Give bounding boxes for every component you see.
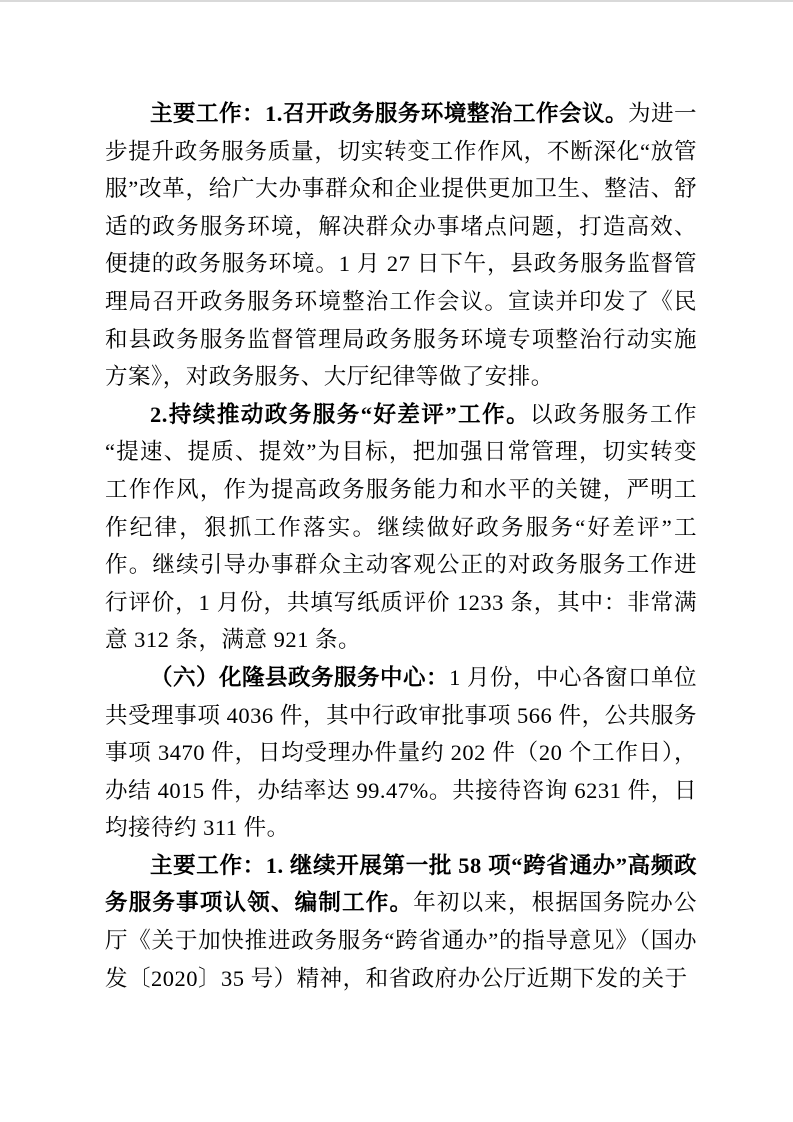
paragraph-lead-bold: 主要工作：1.召开政务服务环境整治工作会议。 xyxy=(150,101,628,126)
paragraph-lead-bold: （六）化隆县政务服务中心： xyxy=(150,665,449,690)
paragraph-cross-province-services: 主要工作：1. 继续开展第一批 58 项“跨省通办”高频政务服务事项认领、编制工… xyxy=(105,847,697,997)
paragraph-lead-bold: 2.持续推动政务服务“好差评”工作。 xyxy=(150,402,530,427)
paragraph-body-text: 1 月份，中心各窗口单位共受理事项 4036 件，其中行政审批事项 566 件，… xyxy=(105,665,697,840)
document-text-block: 主要工作：1.召开政务服务环境整治工作会议。为进一步提升政务服务质量，切实转变工… xyxy=(105,95,697,997)
paragraph-hualong-service-center: （六）化隆县政务服务中心：1 月份，中心各窗口单位共受理事项 4036 件，其中… xyxy=(105,659,697,847)
paragraph-body-text: 以政务服务工作“提速、提质、提效”为目标，把加强日常管理，切实转变工作作风，作为… xyxy=(105,402,697,653)
paragraph-meeting-environment-rectification: 主要工作：1.召开政务服务环境整治工作会议。为进一步提升政务服务质量，切实转变工… xyxy=(105,95,697,396)
page-top-edge-divider xyxy=(0,0,793,2)
document-page: 主要工作：1.召开政务服务环境整治工作会议。为进一步提升政务服务质量，切实转变工… xyxy=(0,0,793,1122)
paragraph-haochaping-work: 2.持续推动政务服务“好差评”工作。以政务服务工作“提速、提质、提效”为目标，把… xyxy=(105,396,697,659)
paragraph-body-text: 为进一步提升政务服务质量，切实转变工作作风，不断深化“放管服”改革，给广大办事群… xyxy=(105,101,697,389)
